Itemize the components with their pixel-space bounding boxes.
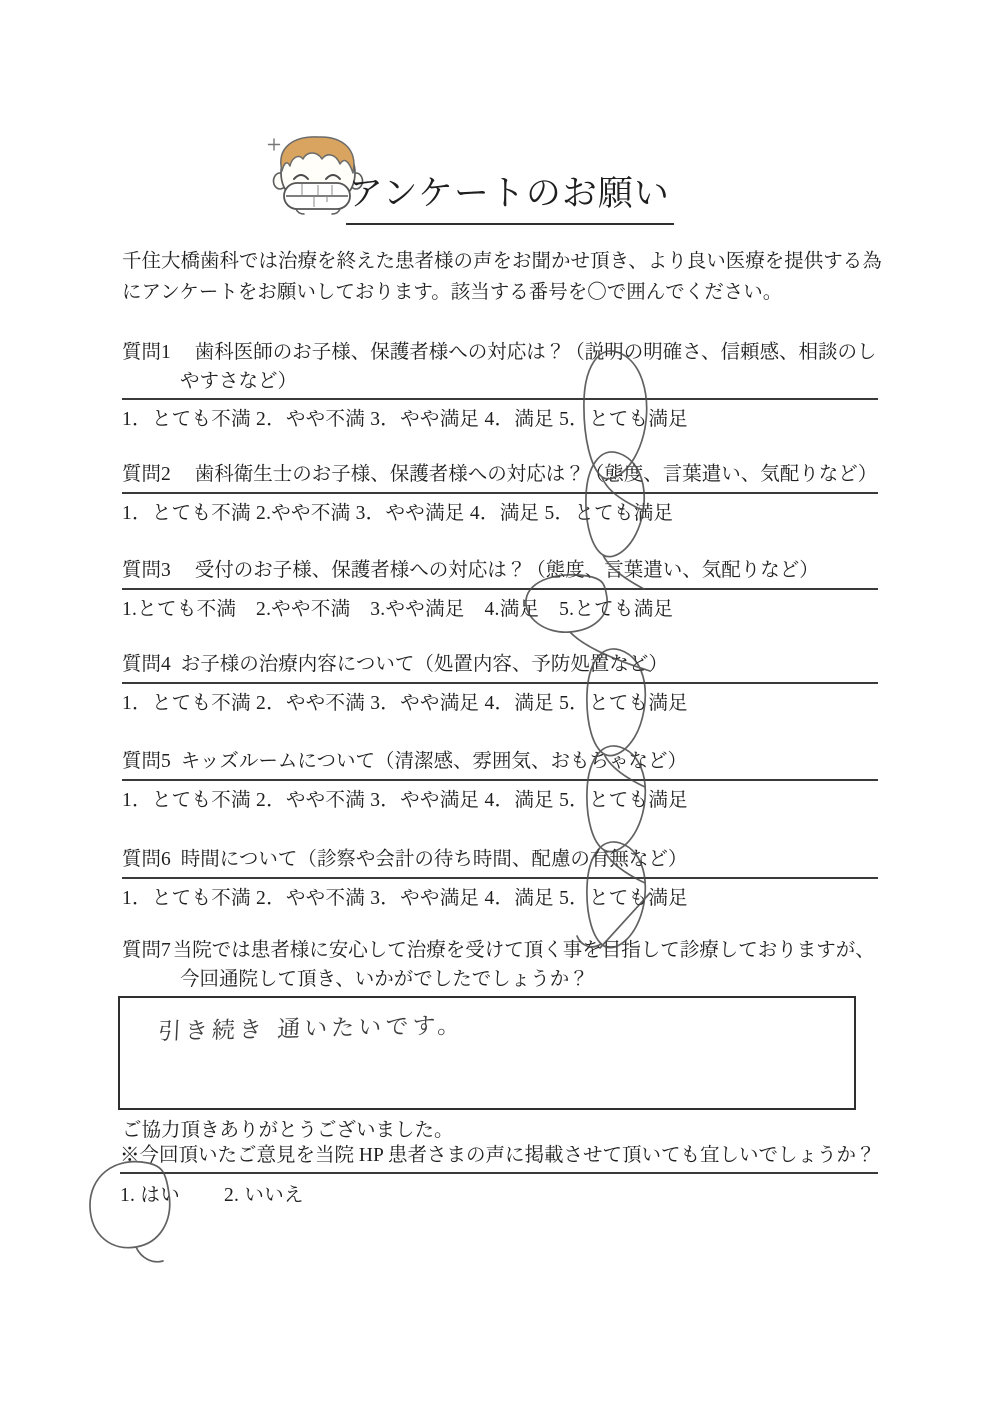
page-title: アンケートのお願い — [346, 166, 674, 225]
question-text: 当院では患者様に安心して治療を受けて頂く事を目指して診療しておりますが、 — [173, 940, 875, 961]
question-label: 質問7 — [122, 940, 171, 961]
question-text-cont: 今回通院して頂き、いかがでしたでしょうか？ — [122, 966, 878, 994]
question-text: 歯科衛生士のお子様、保護者様への対応は？（態度、言葉遣い、気配りなど） — [195, 464, 878, 485]
question-block-2: 質問2歯科衛生士のお子様、保護者様への対応は？（態度、言葉遣い、気配りなど） 1… — [122, 460, 878, 527]
options-row: 1．とても不満 2．やや不満 3．やや満足 4．満足 5．とても満足 — [122, 781, 878, 814]
options-row: 1．とても不満 2．やや不満 3．やや満足 4．満足 5．とても満足 — [122, 879, 878, 912]
question-label: 質問2 — [122, 464, 171, 485]
question-text: お子様の治療内容について（処置内容、予防処置など） — [181, 654, 668, 675]
hp-consent-block: ※今回頂いたご意見を当院 HP 患者さまの声に掲載させて頂いても宜しいでしょうか… — [120, 1142, 878, 1209]
question-text: 受付のお子様、保護者様への対応は？（態度、言葉遣い、気配りなど） — [195, 560, 819, 581]
options-row: 1．とても不満 2．やや不満 3．やや満足 4．満足 5．とても満足 — [122, 400, 878, 433]
question-label: 質問3 — [122, 560, 171, 581]
question-label: 質問5 — [122, 751, 171, 772]
question-block-6: 質問6時間について（診察や会計の待ち時間、配慮の有無など） 1．とても不満 2．… — [122, 845, 878, 912]
question-block-3: 質問3受付のお子様、保護者様への対応は？（態度、言葉遣い、気配りなど） 1.とて… — [122, 556, 878, 623]
question-text: キッズルームについて（清潔感、雰囲気、おもちゃなど） — [181, 751, 687, 772]
question-label: 質問6 — [122, 849, 171, 870]
handwritten-answer: 引き続き 通いたいです。 — [157, 1007, 465, 1046]
intro-line-1: 千住大橋歯科では治療を終えた患者様の声をお聞かせ頂き、より良い医療を提供する為 — [122, 246, 892, 277]
options-row: 1．とても不満 2.やや不満 3．やや満足 4．満足 5．とても満足 — [122, 494, 878, 527]
question-block-4: 質問4お子様の治療内容について（処置内容、予防処置など） 1．とても不満 2．や… — [122, 650, 878, 717]
question-block-7: 質問7当院では患者様に安心して治療を受けて頂く事を目指して診療しておりますが、 … — [122, 936, 878, 1110]
question-text: 時間について（診察や会計の待ち時間、配慮の有無など） — [181, 849, 688, 870]
hp-option-yes: 1. はい — [120, 1185, 180, 1206]
thanks-text: ご協力頂きありがとうございました。 — [122, 1114, 454, 1142]
question-block-5: 質問5キッズルームについて（清潔感、雰囲気、おもちゃなど） 1．とても不満 2．… — [122, 747, 878, 814]
question-label: 質問4 — [122, 654, 171, 675]
question-text: 歯科医師のお子様、保護者様への対応は？（説明の明確さ、信頼感、相談のし — [195, 342, 877, 363]
options-row: 1.とても不満 2.やや不満 3.やや満足 4.満足 5.とても満足 — [122, 590, 878, 623]
intro-line-2: にアンケートをお願いしております。該当する番号を〇で囲んでください。 — [122, 277, 892, 308]
question-label: 質問1 — [122, 342, 171, 363]
free-comment-box: 引き続き 通いたいです。 — [118, 996, 856, 1110]
hp-option-no: 2. いいえ — [224, 1185, 304, 1206]
question-block-1: 質問1歯科医師のお子様、保護者様への対応は？（説明の明確さ、信頼感、相談のし や… — [122, 338, 878, 433]
question-text-cont: やすさなど） — [122, 368, 878, 396]
hp-consent-question: ※今回頂いたご意見を当院 HP 患者さまの声に掲載させて頂いても宜しいでしょうか… — [120, 1142, 878, 1170]
intro-text: 千住大橋歯科では治療を終えた患者様の声をお聞かせ頂き、より良い医療を提供する為 … — [122, 246, 892, 308]
options-row: 1．とても不満 2．やや不満 3．やや満足 4．満足 5．とても満足 — [122, 684, 878, 717]
scanned-survey-page: アンケートのお願い 千住大橋歯科では治療を終えた患者様の声をお聞かせ頂き、より良… — [0, 0, 1000, 1415]
